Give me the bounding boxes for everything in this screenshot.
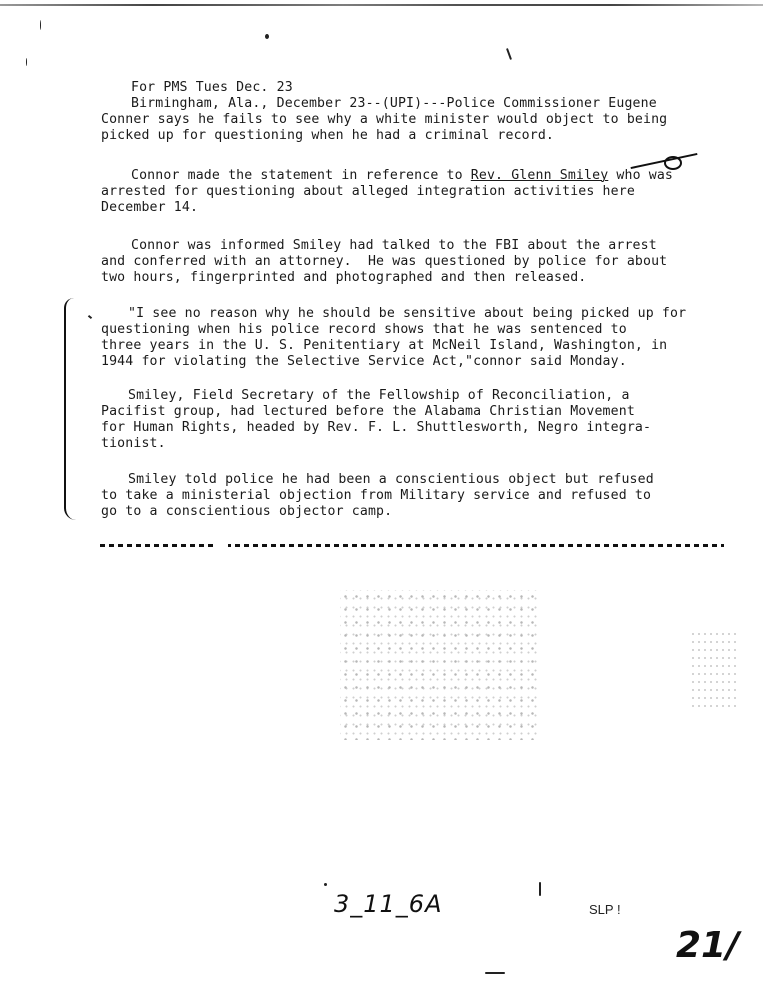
handwritten-file-number: 3_11_6A: [334, 890, 443, 918]
dashed-separator-rule: [100, 544, 724, 547]
scan-speck: [485, 972, 505, 974]
paragraph-3-line-3: two hours, fingerprinted and photographe…: [101, 270, 586, 286]
scan-speck: [265, 34, 269, 39]
scan-speck: [539, 882, 541, 896]
handwritten-initials: 21/: [676, 925, 739, 966]
margin-tick-mark: [88, 315, 92, 319]
paragraph-6-line-3: go to a conscientious objector camp.: [101, 504, 392, 520]
paragraph-5-line-2: Pacifist group, had lectured before the …: [101, 404, 635, 420]
paragraph-1-line-2: Conner says he fails to see why a white …: [101, 112, 667, 128]
stamp-mark: SLP !: [589, 902, 621, 917]
paragraph-5-line-4: tionist.: [101, 436, 166, 452]
paragraph-2-text: who was: [608, 168, 673, 183]
handwritten-circle-mark: [664, 156, 682, 170]
scan-speck: [506, 48, 512, 60]
paragraph-4-line-3: three years in the U. S. Penitentiary at…: [101, 338, 667, 354]
separator-gap: [214, 542, 228, 549]
paragraph-4-line-1: "I see no reason why he should be sensit…: [128, 306, 686, 322]
paragraph-5-line-1: Smiley, Field Secretary of the Fellowshi…: [128, 388, 630, 404]
paragraph-3-line-2: and conferred with an attorney. He was q…: [101, 254, 667, 270]
paragraph-1-line-1: Birmingham, Ala., December 23--(UPI)---P…: [131, 96, 657, 112]
scan-speck: [40, 20, 41, 30]
paragraph-6-line-1: Smiley told police he had been a conscie…: [128, 472, 654, 488]
margin-bracket-mark: [64, 298, 78, 520]
underlined-name: Rev. Glenn Smiley: [471, 168, 609, 183]
paragraph-6-line-2: to take a ministerial objection from Mil…: [101, 488, 651, 504]
paragraph-4-line-4: 1944 for violating the Selective Service…: [101, 354, 627, 370]
scan-noise: [690, 630, 740, 710]
paragraph-2-text: Connor made the statement in reference t…: [131, 168, 471, 183]
scan-noise: [340, 590, 540, 740]
paragraph-5-line-3: for Human Rights, headed by Rev. F. L. S…: [101, 420, 651, 436]
paragraph-2-line-2: arrested for questioning about alleged i…: [101, 184, 635, 200]
top-edge-rule: [0, 4, 763, 6]
scanned-document-page: For PMS Tues Dec. 23 Birmingham, Ala., D…: [0, 0, 763, 990]
paragraph-3-line-1: Connor was informed Smiley had talked to…: [131, 238, 657, 254]
paragraph-4-line-2: questioning when his police record shows…: [101, 322, 627, 338]
paragraph-2-line-3: December 14.: [101, 200, 198, 216]
paragraph-2-line-1: Connor made the statement in reference t…: [131, 168, 673, 184]
dateline-header: For PMS Tues Dec. 23: [131, 80, 293, 96]
paragraph-1-line-3: picked up for questioning when he had a …: [101, 128, 554, 144]
scan-speck: [26, 58, 27, 66]
scan-speck: [324, 883, 327, 886]
